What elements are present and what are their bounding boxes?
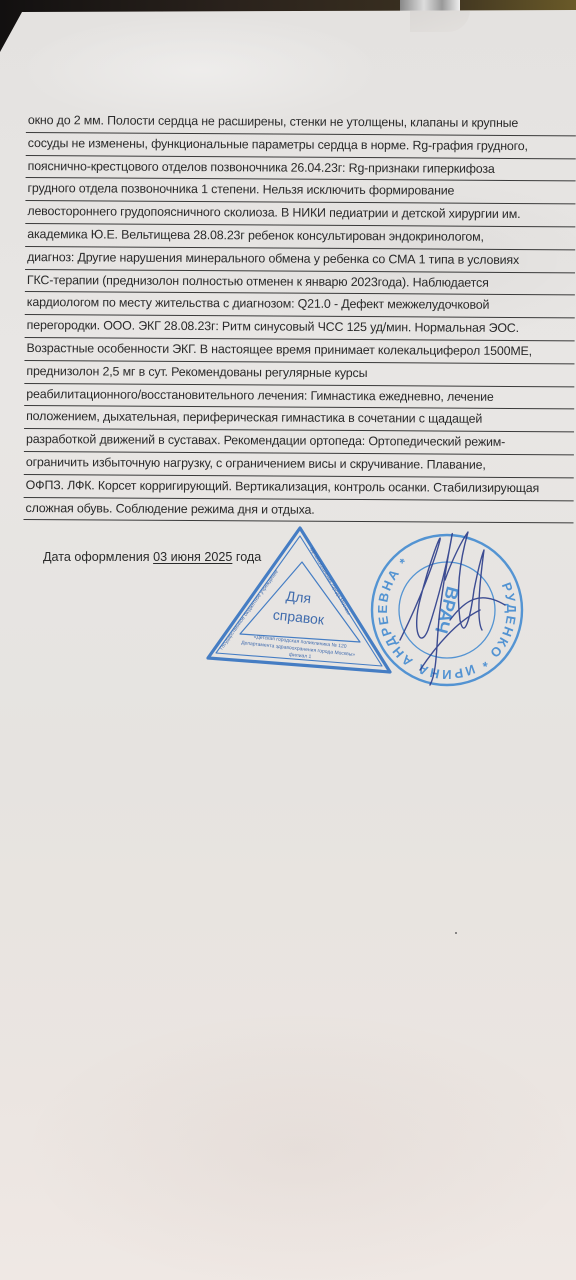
text-line: перегородки. ООО. ЭКГ 28.08.23г: Ритм си… [25,315,575,341]
text-line: грудного отдела позвоночника 1 степени. … [25,178,575,204]
document-page: окно до 2 мм. Полости сердца не расширен… [0,0,576,1280]
text-line: преднизолон 2,5 мг в сут. Рекомендованы … [24,361,574,387]
triangle-stamp-right-text: здравоохранения города Москвы [308,546,351,616]
text-line: академика Ю.Е. Вельтищева 28.08.23г ребе… [25,224,575,250]
paper-speck [455,932,457,934]
photo-scene: окно до 2 мм. Полости сердца не расширен… [0,0,576,1280]
text-line: кардиологом по месту жительства с диагно… [25,292,575,318]
text-line: пояснично-крестцового отделов позвоночни… [26,156,576,182]
text-line: ограничить избыточную нагрузку, с ограни… [24,452,574,478]
triangle-stamp-center-1: Для [285,588,312,607]
text-line: сосуды не изменены, функциональные парам… [26,133,576,159]
text-line: ГКС-терапии (преднизолон полностью отмен… [25,270,575,296]
triangle-stamp-center-2: справок [272,606,326,627]
signature [390,520,510,690]
text-line: ОФПЗ. ЛФК. Корсет корригирующий. Вертика… [24,475,574,501]
text-line: окно до 2 мм. Полости сердца не расширен… [26,110,576,136]
page-fold [410,10,470,32]
text-line: положением, дыхательная, периферическая … [24,406,574,432]
text-line: Возрастные особенности ЭКГ. В настоящее … [24,338,574,364]
text-line: реабилитационного/восстановительного леч… [24,384,574,410]
issue-date-label: Дата оформления [43,550,150,564]
document-body: окно до 2 мм. Полости сердца не расширен… [23,110,575,524]
text-line: разработкой движений в суставах. Рекомен… [24,429,574,455]
text-line: диагноз: Другие нарушения минерального о… [25,247,575,273]
text-line: левостороннего грудопоясничного сколиоза… [25,201,575,227]
